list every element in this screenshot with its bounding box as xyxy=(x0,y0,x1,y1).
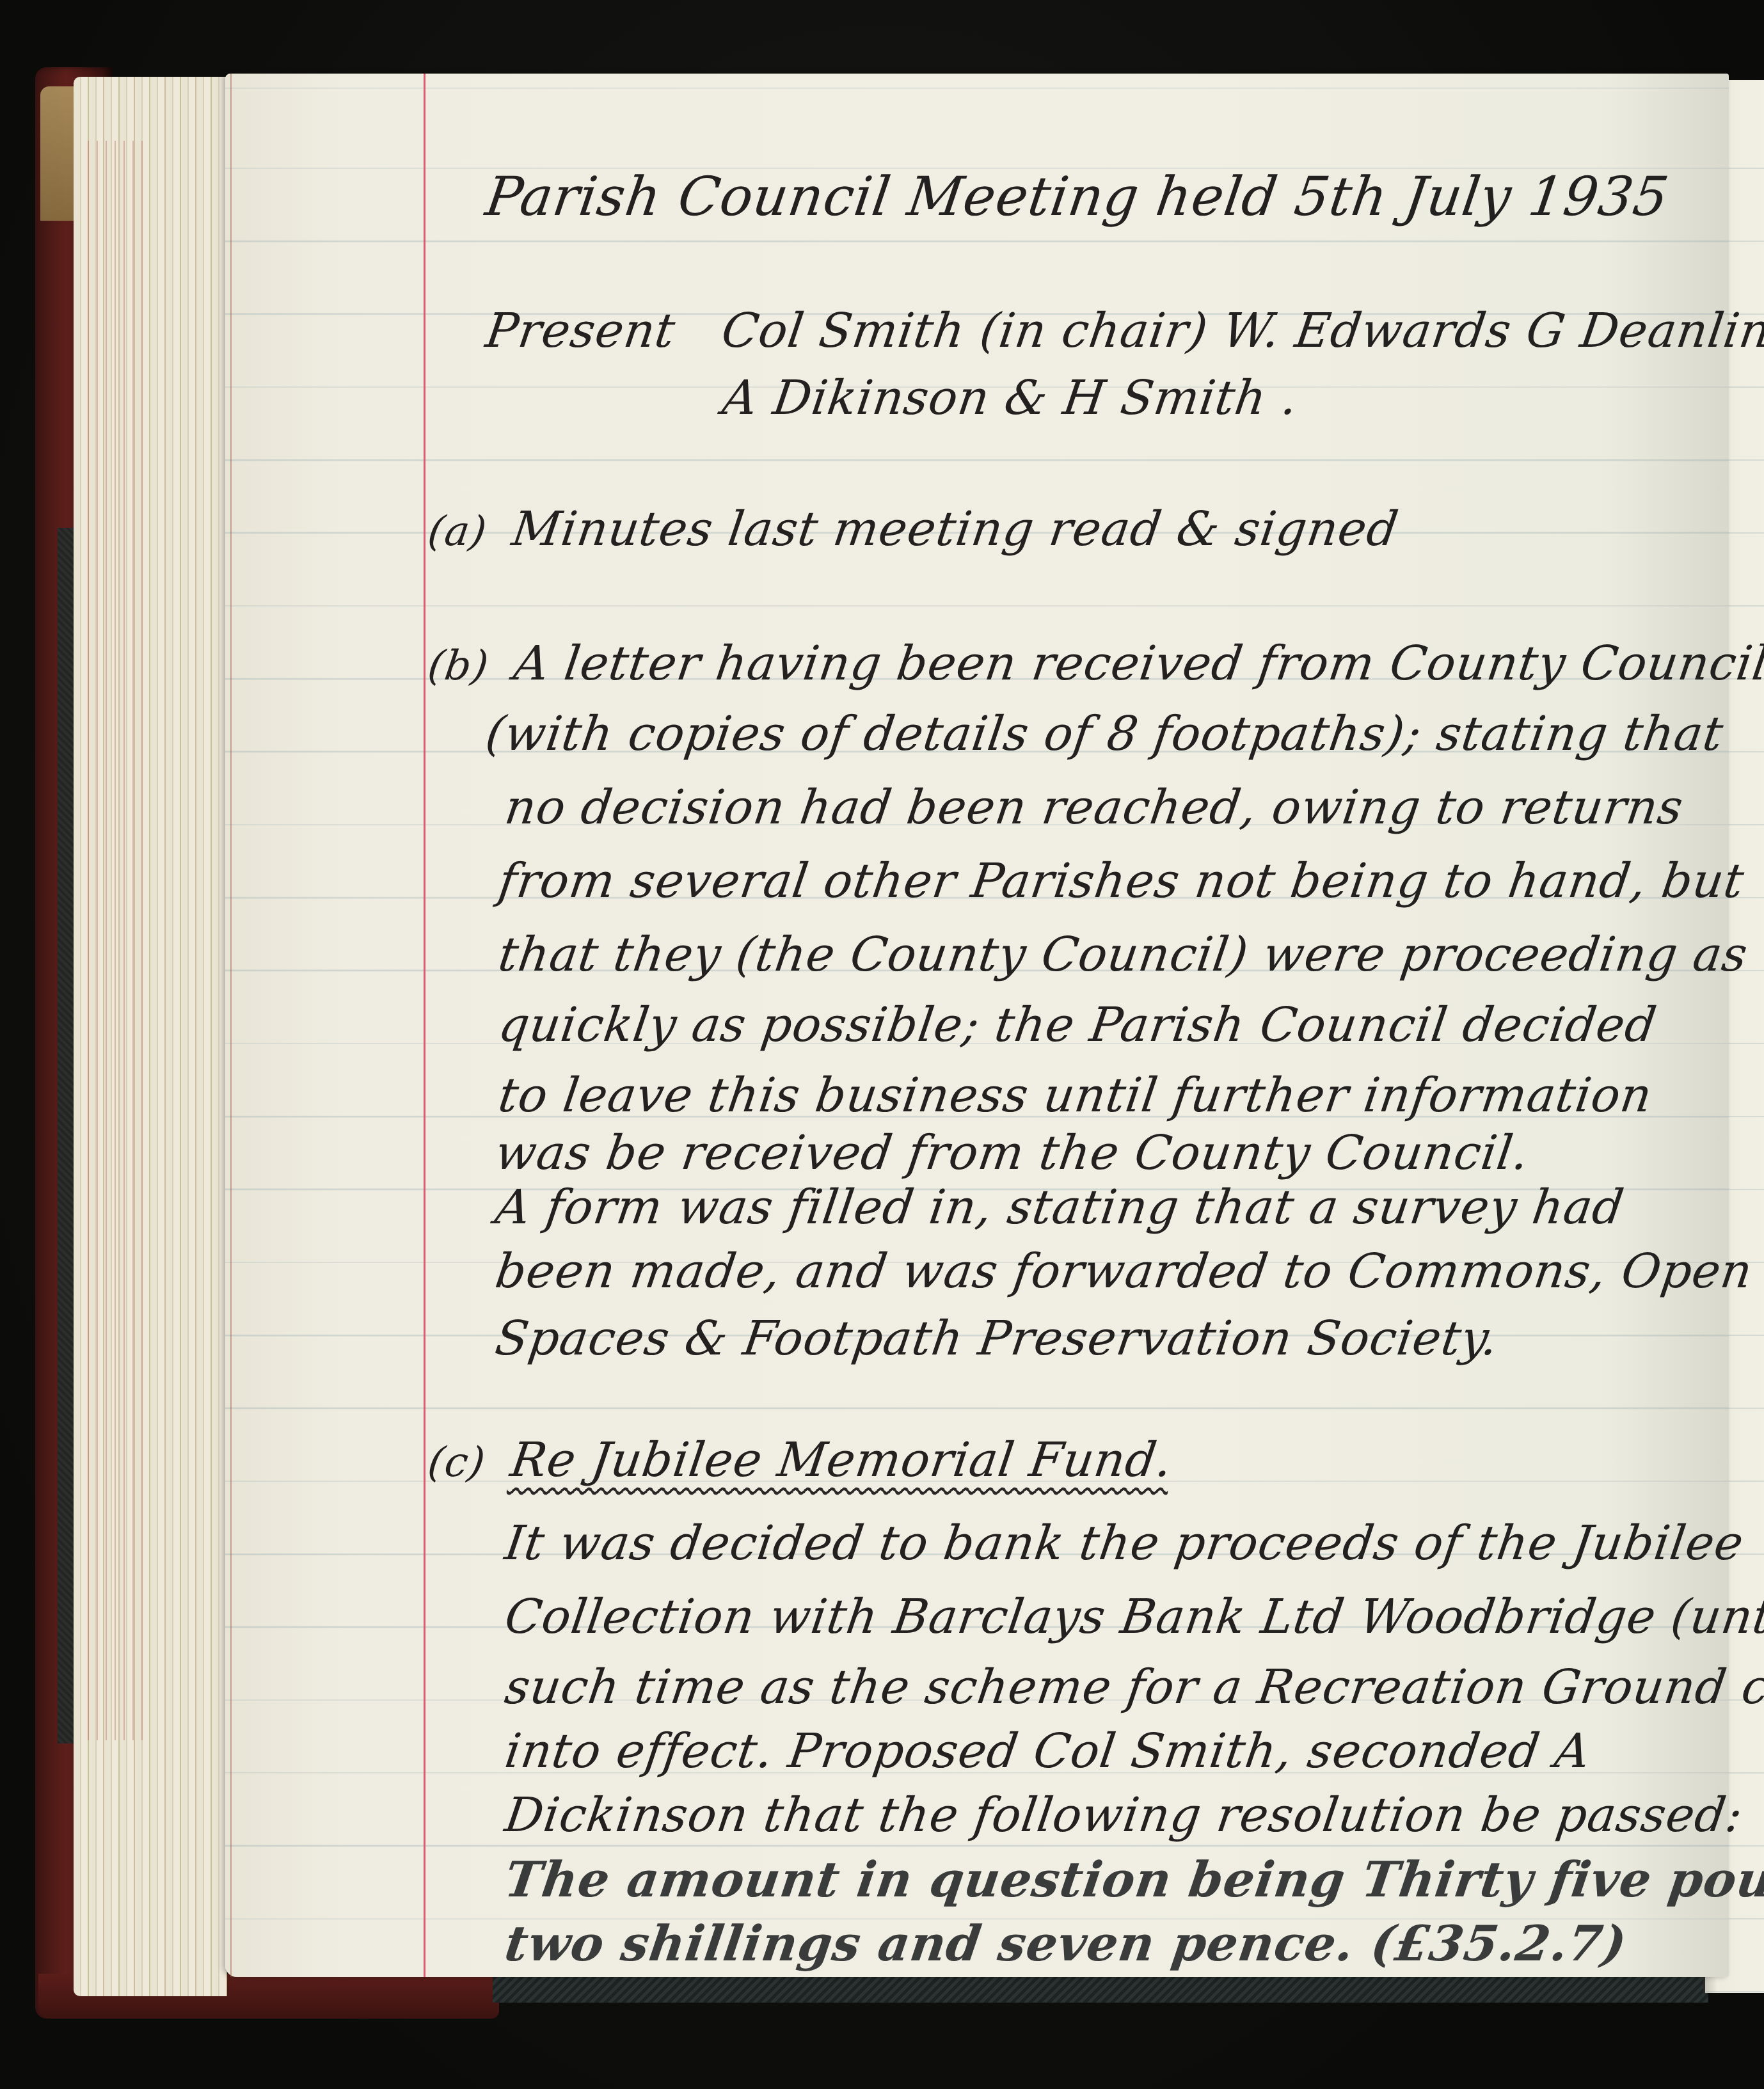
red-margin-rule xyxy=(424,74,425,1977)
item-a-text: Minutes last meeting read & signed xyxy=(509,502,1402,557)
item-c-line-5: Dickinson that the following resolution … xyxy=(502,1791,1746,1839)
item-c-line-1: It was decided to bank the proceeds of t… xyxy=(502,1520,1747,1567)
present-line-1: Present Col Smith (in chair) W. Edwards … xyxy=(483,307,1764,354)
item-b-line-7: to leave this business until further inf… xyxy=(496,1072,1655,1119)
item-a-label: (a) xyxy=(425,511,489,552)
item-b-line-10: been made, and was forwarded to Commons,… xyxy=(493,1248,1756,1295)
item-b-line-1: (b)A letter having been received from Co… xyxy=(425,640,1764,687)
page-title: Parish Council Meeting held 5th July 193… xyxy=(482,170,1672,223)
item-b-line-5: that they (the County Council) were proc… xyxy=(496,931,1751,978)
item-b-line-3: no decision had been reached, owing to r… xyxy=(502,784,1687,831)
present-members-2: A Dikinson & H Smith . xyxy=(720,374,1301,422)
item-b-label: (b) xyxy=(425,646,491,687)
item-b-line-6: quickly as possible; the Parish Council … xyxy=(496,1001,1660,1049)
page-edges-stack xyxy=(74,77,227,1996)
item-c-line-3: such time as the scheme for a Recreation… xyxy=(502,1664,1764,1711)
item-b-line-9: A form was filled in, stating that a sur… xyxy=(493,1184,1627,1231)
red-page-edges xyxy=(80,141,144,1740)
item-b-line-2: (with copies of details of 8 footpaths);… xyxy=(483,710,1726,758)
present-members-1: Col Smith (in chair) W. Edwards G Deanli… xyxy=(719,303,1764,358)
resolution-line-2: two shillings and seven pence. (£35.2.7) xyxy=(502,1919,1630,1968)
item-c-line-4: into effect. Proposed Col Smith, seconde… xyxy=(502,1728,1594,1775)
item-b-line-4: from several other Parishes not being to… xyxy=(496,857,1747,905)
item-a: (a)Minutes last meeting read & signed xyxy=(425,505,1401,553)
cover-worn-corner xyxy=(40,86,79,221)
item-b-line-8: was be received from the County Council. xyxy=(493,1129,1532,1177)
book-cover-bottom-cloth xyxy=(493,1977,1708,2003)
item-b-line-11: Spaces & Footpath Preservation Society. xyxy=(493,1315,1502,1362)
item-b-text: A letter having been received from Count… xyxy=(511,636,1764,691)
item-c-heading: Re Jubilee Memorial Fund. xyxy=(507,1433,1176,1488)
item-c-heading-line: (c)Re Jubilee Memorial Fund. xyxy=(425,1436,1176,1484)
resolution-line-1: The amount in question being Thirty five… xyxy=(502,1855,1764,1904)
inner-page-margin xyxy=(230,74,232,1977)
present-label: Present xyxy=(482,303,679,358)
item-c-line-2: Collection with Barclays Bank Ltd Woodbr… xyxy=(502,1593,1764,1640)
item-c-label: (c) xyxy=(425,1442,488,1483)
